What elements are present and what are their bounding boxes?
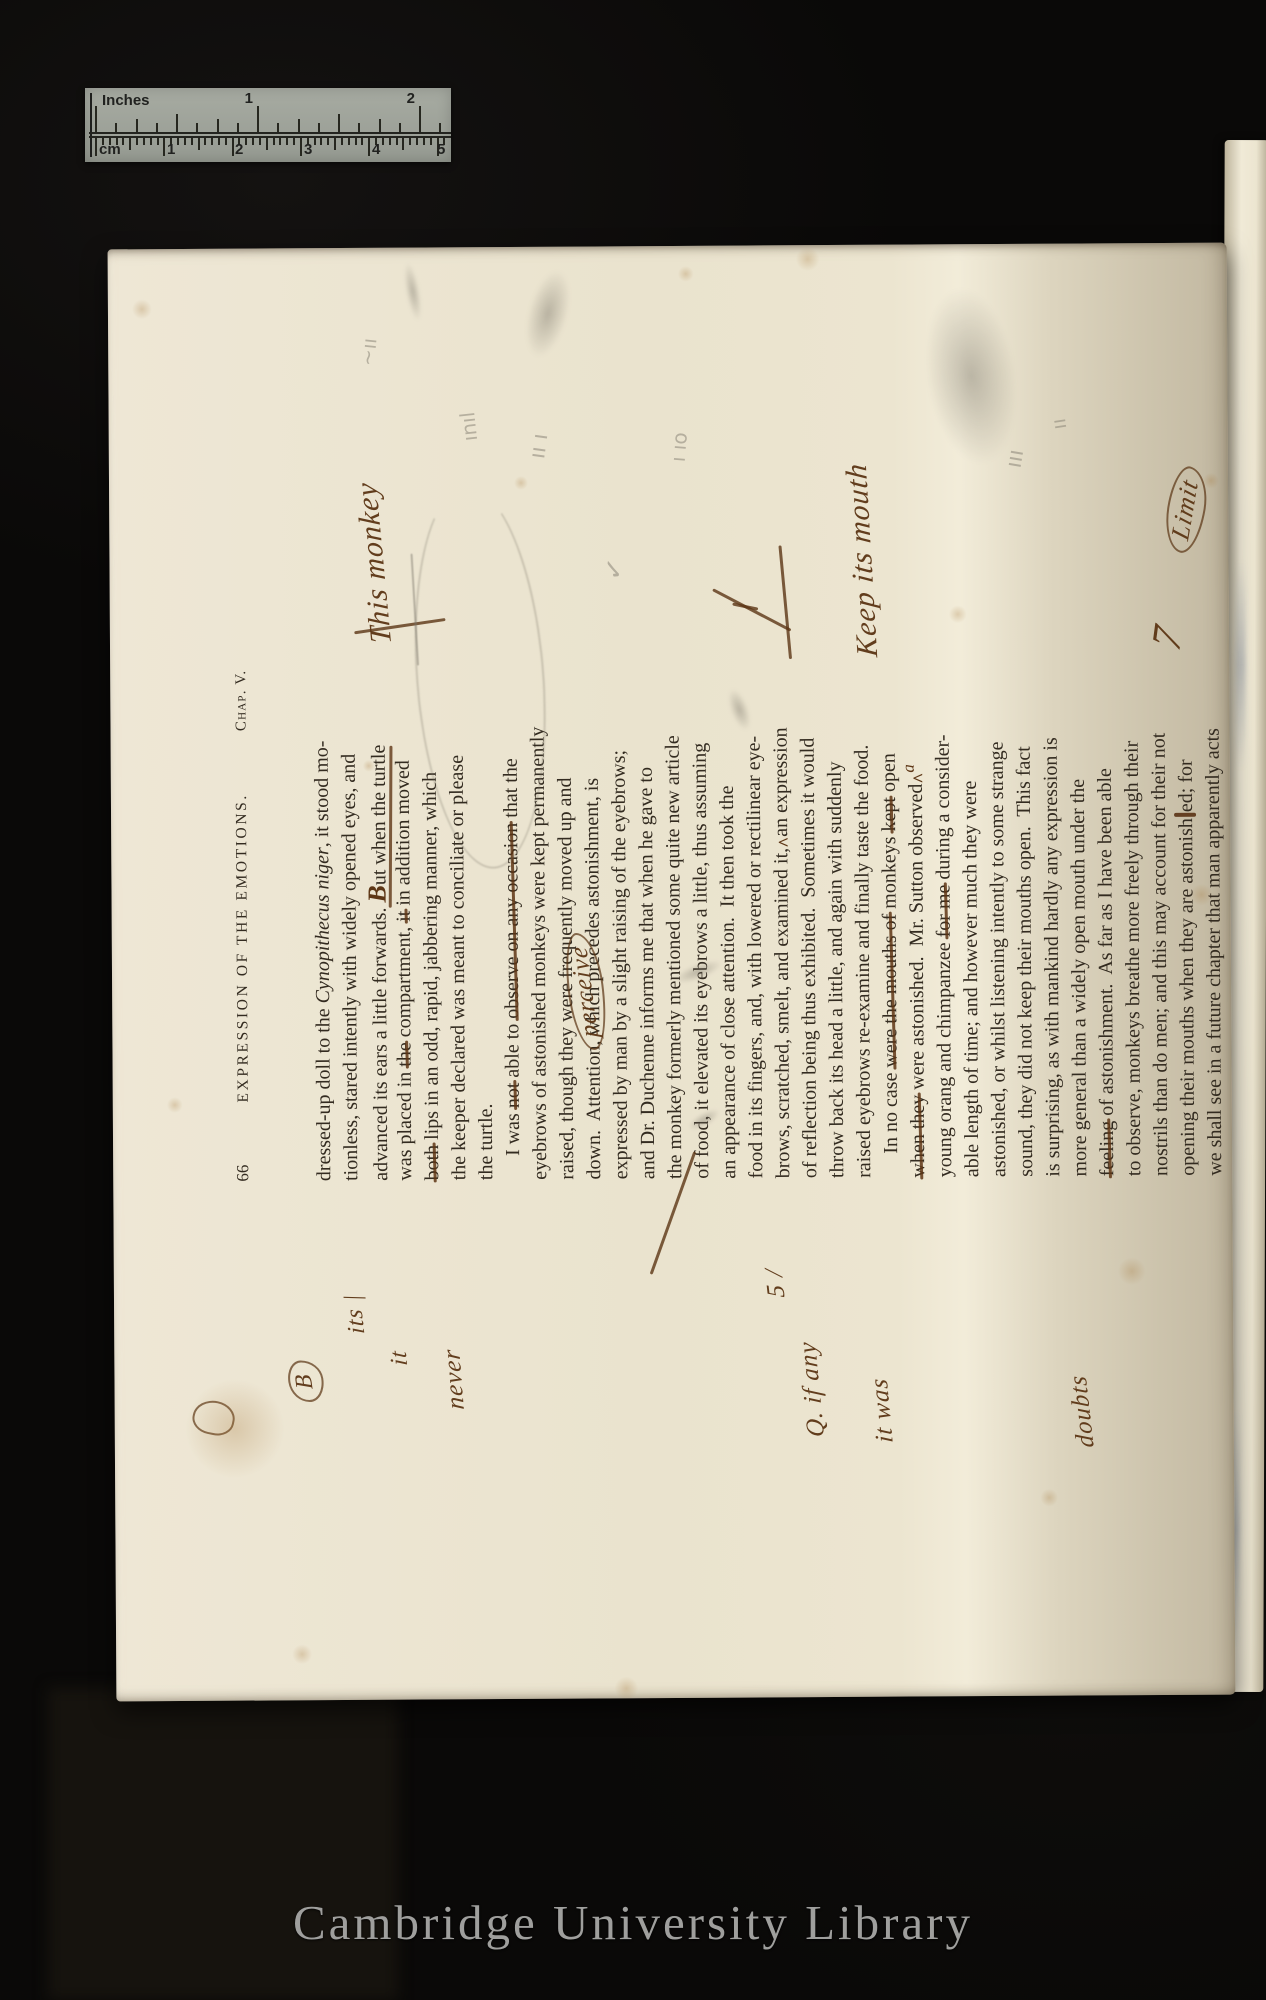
ruler: Inches 1 2 cm 1 2 3 4 5 [85, 88, 451, 162]
ink-annotation: Keep its mouth [840, 462, 886, 658]
ruler-cm-number-5: 5 [437, 141, 445, 158]
ruler-tick [150, 138, 152, 145]
ruler-tick [129, 138, 131, 150]
ruler-tick [225, 138, 227, 145]
foxing-spot [614, 1676, 638, 1700]
ruler-tick [300, 138, 302, 156]
pencil-mark [914, 281, 1029, 472]
foxing-spot [678, 266, 694, 282]
foxing-spot [184, 1378, 285, 1479]
ruler-tick [341, 138, 343, 145]
ruler-tick [177, 138, 179, 145]
page-content: 66 EXPRESSION OF THE EMOTIONS. Chap. V. … [108, 243, 1236, 1702]
annotation-layer: This monkeyperceiveKeep its mouth7Limiti… [108, 243, 1236, 1702]
bleedthrough-text-ghost [1236, 560, 1247, 770]
ruler-tick [259, 138, 261, 145]
ruler-tick [204, 138, 206, 145]
foxing-spot [1118, 1257, 1146, 1285]
ink-annotation: Q. if any [794, 1341, 831, 1438]
ruler-cm-number-3: 3 [304, 141, 312, 158]
pencil-mark: ~ıı [355, 337, 382, 367]
ruler-tick [314, 138, 316, 145]
ink-annotation: 5 / [760, 1268, 791, 1297]
ink-annotation: its | [340, 1293, 372, 1334]
ink-annotation: it [386, 1350, 415, 1367]
ruler-tick [430, 138, 432, 145]
ink-annotation: This monkey [350, 482, 399, 645]
ruler-tick [334, 138, 336, 150]
ruler-tick [143, 138, 145, 145]
ink-stroke [650, 1151, 697, 1274]
foxing-spot [132, 299, 152, 319]
foxing-spot [167, 1097, 183, 1113]
ink-stroke [778, 545, 791, 659]
ruler-tick [163, 138, 165, 156]
ruler-tick [184, 138, 186, 145]
foxing-spot [949, 605, 967, 623]
ruler-tick [409, 138, 411, 145]
ruler-tick [252, 138, 254, 145]
foxing-spot [292, 1644, 312, 1664]
pencil-mark [517, 265, 578, 362]
ruler-tick [266, 138, 268, 150]
ruler-tick [286, 138, 288, 145]
ruler-tick [361, 138, 363, 145]
ruler-tick [416, 138, 418, 145]
ruler-tick [293, 138, 295, 145]
ink-annotation: B [285, 1361, 326, 1402]
ruler-tick [389, 138, 391, 145]
foxing-spot [363, 760, 375, 772]
ruler-tick [191, 138, 193, 145]
ruler-tick [368, 138, 370, 156]
photo-scene: Inches 1 2 cm 1 2 3 4 5 66 EXPRESSION OF… [0, 0, 1266, 2000]
pencil-mark [685, 1105, 723, 1135]
ink-annotation: doubts [1065, 1375, 1101, 1448]
page: 66 EXPRESSION OF THE EMOTIONS. Chap. V. … [108, 243, 1236, 1702]
pencil-mark: ınıl [455, 411, 482, 443]
ink-stroke [712, 588, 791, 631]
pencil-mark [723, 686, 755, 734]
ruler-tick [232, 138, 234, 156]
ruler-cm-number-4: 4 [372, 141, 380, 158]
pencil-mark [401, 261, 426, 323]
ruler-cm-number-1: 1 [167, 141, 175, 158]
ruler-tick [218, 138, 220, 145]
ruler-tick [348, 138, 350, 145]
foxing-spot [970, 1698, 1042, 1702]
ruler-cm-label: cm [99, 141, 121, 158]
ruler-tick [136, 138, 138, 145]
pencil-mark: ı ıo [666, 431, 692, 463]
foxing-spot [1040, 1489, 1058, 1507]
ink-annotation: never [438, 1348, 471, 1410]
ruler-tick [327, 138, 329, 145]
ink-annotation: perceive [560, 933, 611, 1050]
ruler-tick [95, 138, 97, 156]
pencil-mark [671, 955, 725, 988]
foxing-spot [514, 476, 528, 490]
pencil-mark: ıı ı [525, 432, 553, 460]
ruler-tick [382, 138, 384, 145]
ruler-tick [320, 138, 322, 145]
ruler-tick [423, 138, 425, 145]
ruler-tick [122, 138, 124, 145]
ink-annotation: 7 [1143, 621, 1193, 656]
ruler-tick [273, 138, 275, 145]
ruler-tick [355, 138, 357, 145]
ink-annotation: it was [866, 1377, 900, 1443]
foxing-spot [1203, 473, 1219, 489]
ruler-tick [402, 138, 404, 150]
ruler-tick [157, 138, 159, 145]
pencil-mark [402, 481, 559, 874]
ruler-cm-ticks [85, 88, 451, 162]
library-watermark: Cambridge University Library [0, 1894, 1266, 1951]
ruler-tick [211, 138, 213, 145]
ruler-tick [279, 138, 281, 145]
ruler-tick [396, 138, 398, 145]
ruler-tick [245, 138, 247, 145]
pencil-mark: ıı [1046, 417, 1071, 431]
ruler-tick [198, 138, 200, 150]
foxing-spot [1190, 884, 1212, 906]
foxing-spot [796, 247, 820, 271]
pencil-mark: ✓ [597, 555, 631, 583]
ruler-cm-number-2: 2 [235, 141, 243, 158]
